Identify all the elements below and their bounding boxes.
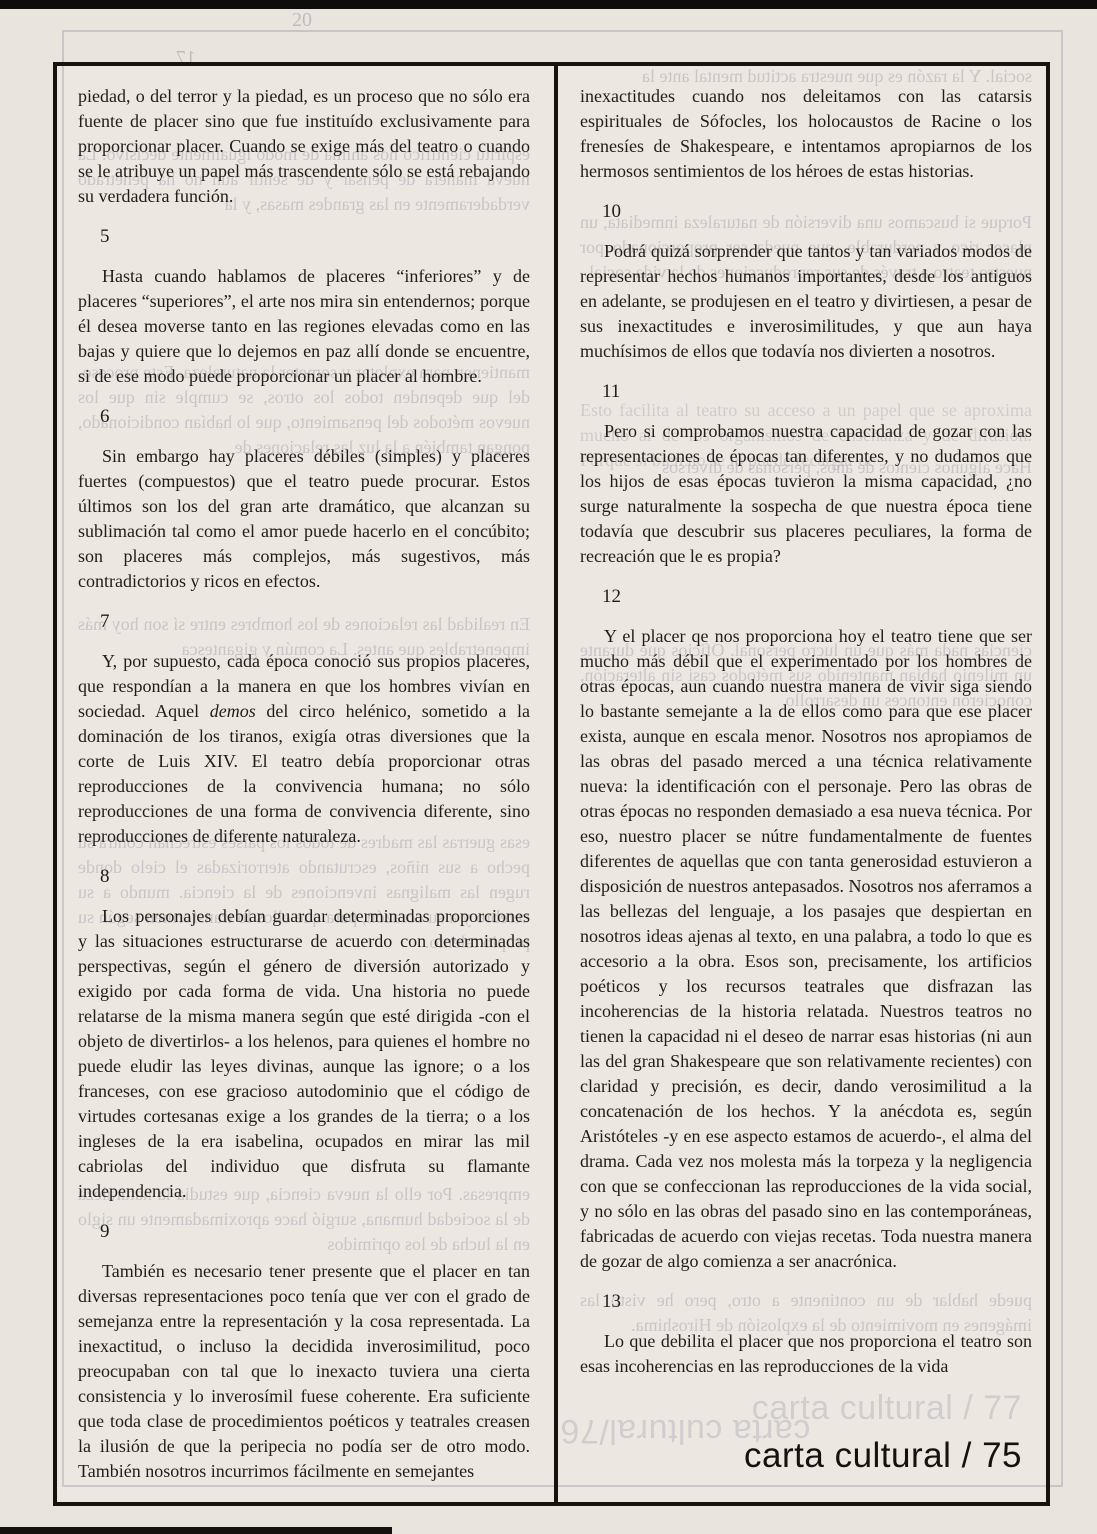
scan-edge-band-top — [0, 0, 1097, 9]
page-footer: carta cultural / 75 — [580, 1436, 1022, 1476]
scan-edge-band-bottom — [0, 1527, 392, 1534]
ghost-page-number-20: 20 — [292, 8, 312, 33]
column-divider-rule — [554, 62, 558, 1506]
page-border-frame — [53, 62, 1050, 1506]
scanned-page: { "publication": { "footer_text": "carta… — [0, 0, 1097, 1534]
